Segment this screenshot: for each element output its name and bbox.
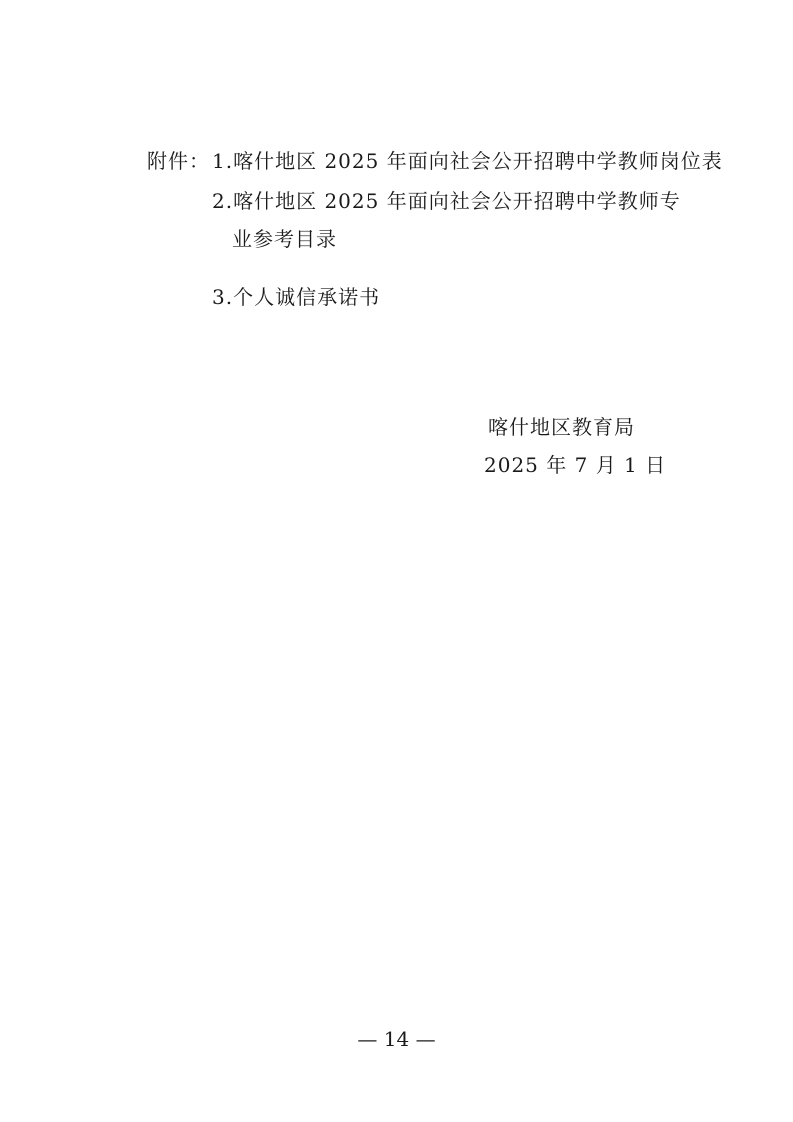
- signature-date: 2025 年 7 月 1 日: [484, 452, 666, 478]
- attachment-item-2-continuation: 业参考目录: [232, 226, 337, 252]
- signature-organization: 喀什地区教育局: [488, 414, 635, 440]
- attachment-item-1: 1.喀什地区 2025 年面向社会公开招聘中学教师岗位表: [212, 148, 723, 174]
- attachments-label: 附件：: [147, 148, 210, 174]
- attachment-item-3: 3.个人诚信承诺书: [212, 284, 380, 310]
- attachment-item-2: 2.喀什地区 2025 年面向社会公开招聘中学教师专: [212, 188, 681, 214]
- page-number: — 14 —: [0, 1026, 793, 1052]
